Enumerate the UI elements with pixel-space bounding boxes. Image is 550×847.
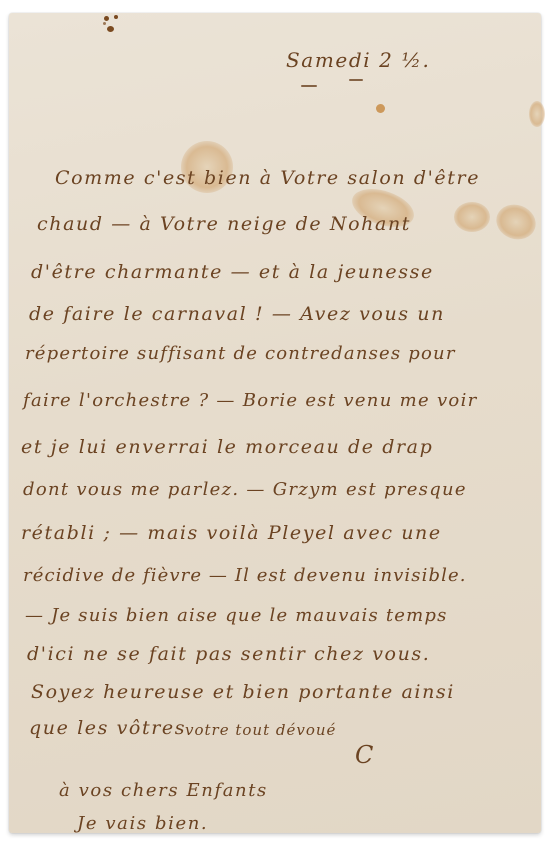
body-line: et je lui enverrai le morceau de drap (21, 436, 433, 458)
body-line: rétabli ; — mais voilà Pleyel avec une (21, 522, 442, 544)
letter-date: Samedi 2 ½. (286, 48, 430, 72)
closing: votre tout dévoué (185, 721, 336, 739)
signature: C (355, 741, 375, 769)
ink-spot (107, 26, 114, 32)
body-line: d'ici ne se fait pas sentir chez vous. (27, 643, 430, 665)
body-line: de faire le carnaval ! — Avez vous un (29, 303, 445, 325)
ink-spot (104, 16, 109, 21)
body-line: Soyez heureuse et bien portante ainsi (31, 681, 455, 703)
body-line: chaud — à Votre neige de Nohant (37, 213, 411, 235)
ink-spot (103, 22, 106, 25)
body-line: dont vous me parlez. — Grzym est presque (23, 479, 467, 500)
body-line: d'être charmante — et à la jeunesse (31, 261, 434, 283)
stain-edge (529, 101, 545, 127)
body-line: Comme c'est bien à Votre salon d'être (55, 167, 480, 189)
stain-right-2 (491, 199, 540, 245)
body-line: récidive de fièvre — Il est devenu invis… (23, 565, 467, 586)
date-underline (349, 79, 363, 81)
stain-right-1 (454, 202, 490, 232)
postscript-line: à vos chers Enfants (59, 780, 268, 801)
body-line: faire l'orchestre ? — Borie est venu me … (23, 390, 478, 411)
stain-top (376, 104, 385, 113)
body-line: — Je suis bien aise que le mauvais temps (25, 605, 448, 626)
ink-spot (114, 15, 118, 19)
letter-paper: Samedi 2 ½. Comme c'est bien à Votre sal… (9, 13, 541, 833)
body-line: que les vôtres (29, 717, 186, 739)
postscript-line: Je vais bien. (77, 813, 208, 834)
body-line: répertoire suffisant de contredanses pou… (25, 343, 456, 364)
date-underline (301, 85, 317, 87)
